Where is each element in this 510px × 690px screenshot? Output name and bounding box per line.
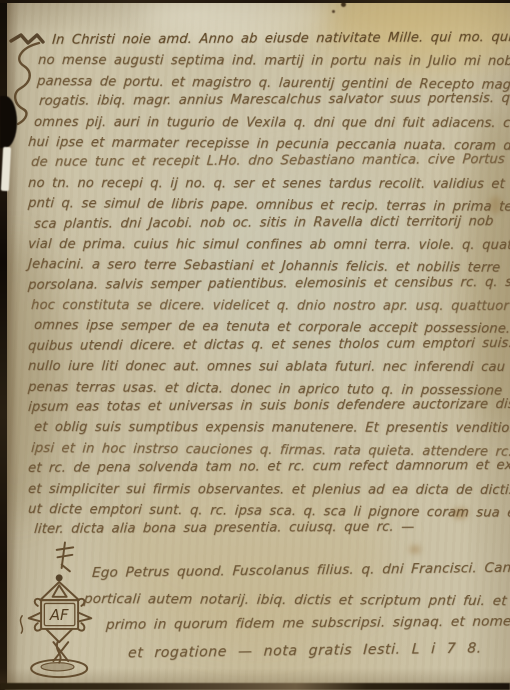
notary-monogram: AF — [49, 607, 69, 624]
manuscript-line: de nuce tunc et recepit L.Ho. dno Sebast… — [30, 150, 510, 173]
manuscript-line: et simpliciter sui firmis observantes. e… — [27, 480, 510, 501]
manuscript-line: quibus utendi dicere. et dictas q. et se… — [27, 334, 510, 357]
bottom-edge-shading — [0, 668, 510, 684]
main-text-block: In Christi noie amd. Anno ab eiusde nati… — [28, 31, 510, 541]
subscription-line: et rogatione — nota gratis Iesti. L i 7 … — [128, 641, 483, 662]
manuscript-line: omnes pij. auri in tugurio de Vexila q. … — [33, 113, 510, 134]
manuscript-line: ipsum eas totas et universas in suis bon… — [27, 395, 510, 418]
manuscript-line: no tn. no recepi q. ij no. q. ser et sen… — [27, 174, 510, 195]
manuscript-line: et rc. de pena solvenda tam no. et rc. c… — [27, 456, 510, 479]
manuscript-line: vial de prima. cuius hic simul confines … — [27, 235, 510, 256]
ink-speck — [332, 10, 335, 13]
manuscript-line: sca plantis. dni Jacobi. nob oc. sitis i… — [33, 212, 510, 235]
manuscript-line: In Christi noie amd. Anno ab eiusde nati… — [27, 28, 510, 51]
foxing-spot — [409, 545, 421, 554]
manuscript-scan: In Christi noie amd. Anno ab eiusde nati… — [0, 0, 510, 690]
manuscript-line: rogatis. ibiq. magr. annius Marescalchus… — [27, 89, 510, 112]
manuscript-line: nullo iure liti donec aut. omnes sui abl… — [27, 357, 510, 378]
closing-text-block: Ego Petrus quond. Fuscolanus filius. q. … — [92, 560, 510, 638]
manuscript-line: Ego Petrus quond. Fuscolanus filius. q. … — [91, 555, 510, 586]
top-edge-shadow — [0, 0, 510, 3]
manuscript-line: liter. dicta alia bona sua presentia. cu… — [33, 517, 510, 540]
manuscript-line: hoc constituta se dicere. videlicet q. d… — [30, 296, 510, 317]
manuscript-line: no mense augusti septima ind. martij in … — [27, 51, 510, 72]
manuscript-line: et oblig suis sumptibus expensis manuten… — [33, 418, 510, 439]
manuscript-line: porsolana. salvis semper patientibus. el… — [27, 273, 510, 296]
bottom-edge-shadow — [0, 683, 510, 690]
manuscript-line: primo in quorum fidem me subscripsi. sig… — [105, 608, 510, 638]
